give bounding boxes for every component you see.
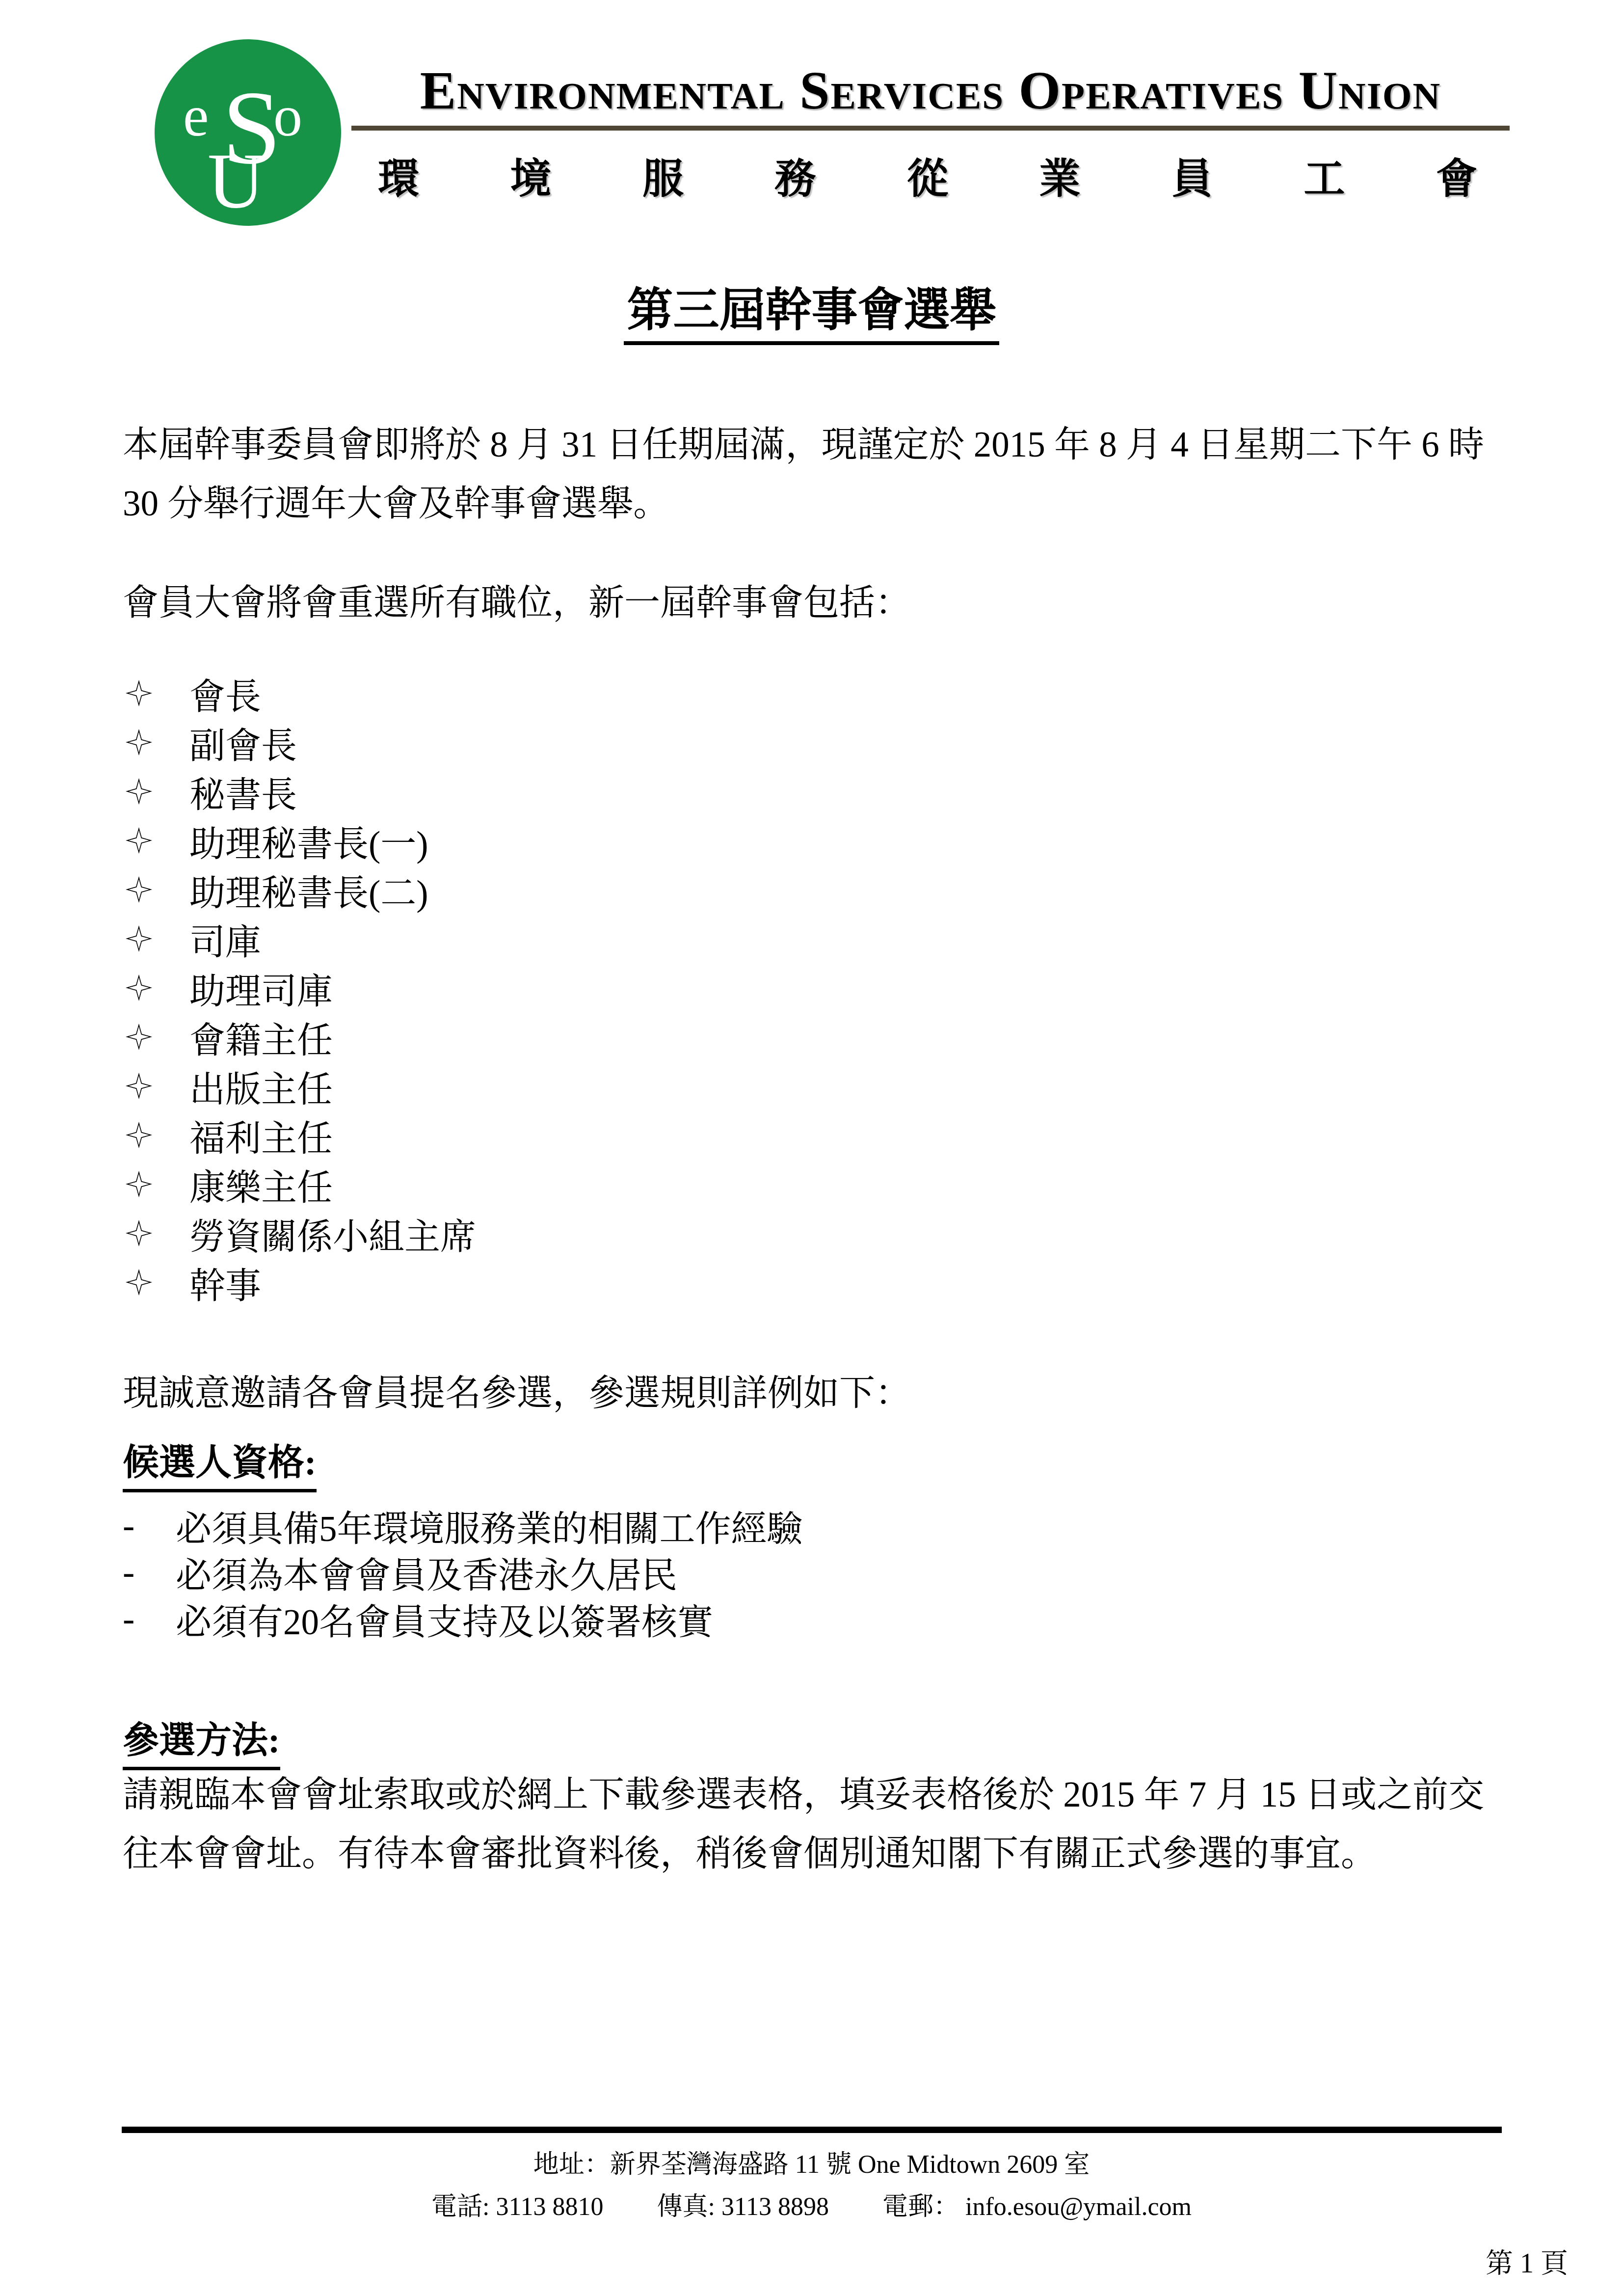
fax-value: 3113 8898 (721, 2193, 829, 2221)
address-value: 新界荃灣海盛路 11 號 One Midtown 2609 室 (610, 2151, 1090, 2179)
intro-paragraph-line2: 30 分舉行週年大會及幹事會選舉。 (123, 474, 1504, 533)
fax-group: 傳真: 3113 8898 (657, 2191, 829, 2223)
position-label: 會長 (189, 668, 261, 719)
dash-bullet: - (123, 1598, 176, 1640)
position-label: 副會長 (189, 717, 297, 768)
qualification-list-item: - 必須為本會會員及香港永久居民 (123, 1549, 1504, 1595)
position-label: 福利主任 (189, 1109, 333, 1161)
address-label: 地址： (533, 2151, 610, 2179)
position-list-item: 福利主任 (126, 1110, 1402, 1160)
org-name-english: Environmental Services Operatives Union (351, 63, 1510, 118)
position-label: 康樂主任 (189, 1159, 333, 1210)
reelection-paragraph: 會員大會將會重選所有職位，新一屆幹事會包括： (123, 573, 1504, 632)
position-list-item: 勞資關係小組主席 (126, 1209, 1402, 1258)
phone-group: 電話: 3113 8810 (431, 2191, 604, 2223)
invitation-paragraph: 現誠意邀請各會員提名參選，參選規則詳例如下： (123, 1364, 1504, 1423)
position-list-item: 幹事 (126, 1258, 1402, 1307)
logo-letter-o: o (273, 84, 302, 148)
position-label: 幹事 (189, 1257, 261, 1308)
intro-paragraph: 本屆幹事委員會即將於 8 月 31 日任期屆滿，現謹定於 2015 年 8 月 … (123, 415, 1504, 533)
position-label: 出版主任 (189, 1060, 333, 1112)
footer-contact-line: 電話: 3113 8810 傳真: 3113 8898 電郵： info.eso… (0, 2191, 1623, 2223)
position-label: 助理司庫 (189, 962, 333, 1014)
four-pointed-star-bullet-icon (126, 1024, 152, 1050)
four-pointed-star-bullet-icon (126, 1073, 152, 1099)
org-name-chinese: 環 境 服 務 從 業 員 工 會 (378, 150, 1477, 209)
four-pointed-star-bullet-icon (126, 729, 152, 756)
four-pointed-star-bullet-icon (126, 827, 152, 854)
document-title: 第三屆幹事會選舉 (0, 286, 1623, 345)
email-group: 電郵： info.esou@ymail.com (882, 2191, 1192, 2223)
email-label: 電郵： (882, 2193, 959, 2221)
positions-list: 會長 副會長 秘書長 助理秘書長(一) 助理秘書長(二) 司庫 助理司庫 會籍主… (126, 669, 1402, 1307)
four-pointed-star-bullet-icon (126, 876, 152, 903)
phone-label: 電話: (431, 2193, 489, 2221)
esou-logo-icon: e S o U (155, 39, 341, 226)
logo-letter-e: e (183, 84, 209, 148)
four-pointed-star-bullet-icon (126, 1122, 152, 1148)
qualification-text: 必須有20名會員支持及以簽署核實 (176, 1593, 713, 1645)
qualification-list-item: - 必須有20名會員支持及以簽署核實 (123, 1595, 1504, 1642)
position-label: 助理秘書長(二) (189, 864, 428, 916)
position-list-item: 出版主任 (126, 1061, 1402, 1110)
intro-paragraph-line1: 本屆幹事委員會即將於 8 月 31 日任期屆滿，現謹定於 2015 年 8 月 … (123, 415, 1504, 474)
four-pointed-star-bullet-icon (126, 974, 152, 1001)
qualifications-list: - 必須具備5年環境服務業的相關工作經驗 - 必須為本會會員及香港永久居民 - … (123, 1502, 1504, 1642)
document-page: e S o U Environmental Services Operative… (0, 0, 1623, 2296)
phone-value: 3113 8810 (496, 2193, 603, 2221)
position-label: 勞資關係小組主席 (189, 1208, 476, 1259)
position-list-item: 副會長 (126, 718, 1402, 767)
four-pointed-star-bullet-icon (126, 1220, 152, 1246)
header-divider (351, 126, 1510, 131)
position-list-item: 司庫 (126, 914, 1402, 963)
dash-bullet: - (123, 1505, 176, 1546)
method-paragraph: 請親臨本會會址索取或於網上下載參選表格，填妥表格後於 2015 年 7 月 15… (123, 1765, 1504, 1883)
fax-label: 傳真: (657, 2193, 715, 2221)
method-paragraph-line2: 往本會會址。有待本會審批資料後，稍後會個別通知閣下有關正式參選的事宜。 (123, 1824, 1504, 1883)
position-list-item: 會籍主任 (126, 1012, 1402, 1061)
email-value: info.esou@ymail.com (965, 2193, 1192, 2221)
four-pointed-star-bullet-icon (126, 1269, 152, 1296)
dash-bullet: - (123, 1552, 176, 1593)
position-label: 秘書長 (189, 766, 297, 817)
method-heading: 參選方法: (123, 1719, 280, 1770)
four-pointed-star-bullet-icon (126, 925, 152, 952)
position-list-item: 助理司庫 (126, 963, 1402, 1012)
position-label: 司庫 (189, 913, 261, 965)
qualification-list-item: - 必須具備5年環境服務業的相關工作經驗 (123, 1502, 1504, 1549)
qualifications-heading: 候選人資格: (123, 1441, 317, 1492)
four-pointed-star-bullet-icon (126, 778, 152, 805)
qualification-text: 必須為本會會員及香港永久居民 (176, 1546, 677, 1598)
page-number: 第 1 頁 (1486, 2242, 1568, 2281)
footer-address-line: 地址：新界荃灣海盛路 11 號 One Midtown 2609 室 (0, 2149, 1623, 2181)
position-list-item: 助理秘書長(一) (126, 816, 1402, 865)
position-list-item: 會長 (126, 669, 1402, 718)
logo-letter-u: U (208, 137, 265, 224)
position-list-item: 秘書長 (126, 767, 1402, 816)
position-label: 助理秘書長(一) (189, 815, 428, 866)
position-list-item: 助理秘書長(二) (126, 865, 1402, 914)
method-paragraph-line1: 請親臨本會會址索取或於網上下載參選表格，填妥表格後於 2015 年 7 月 15… (123, 1765, 1504, 1824)
four-pointed-star-bullet-icon (126, 1171, 152, 1197)
position-label: 會籍主任 (189, 1011, 333, 1063)
position-list-item: 康樂主任 (126, 1160, 1402, 1209)
four-pointed-star-bullet-icon (126, 680, 152, 706)
footer-divider (122, 2127, 1502, 2133)
qualification-text: 必須具備5年環境服務業的相關工作經驗 (176, 1500, 803, 1551)
